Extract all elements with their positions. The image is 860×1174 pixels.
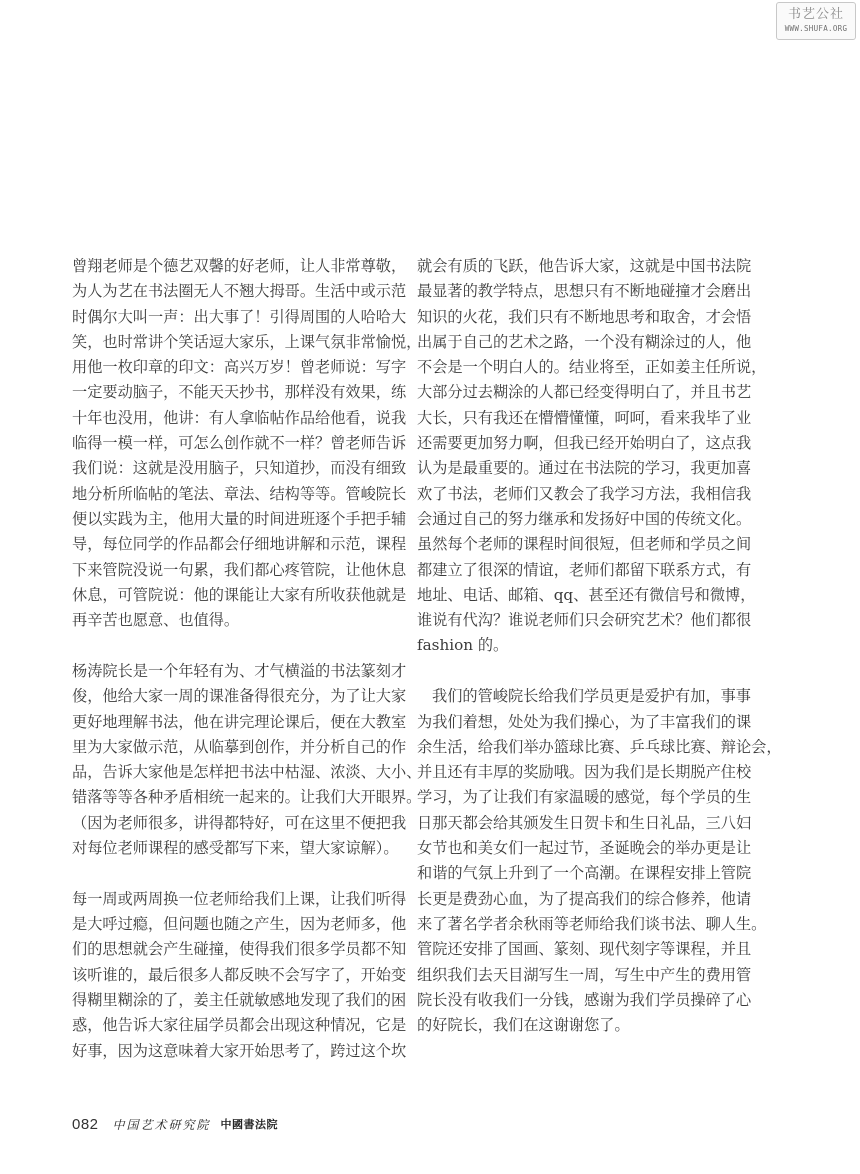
text-line: 学习，为了让我们有家温暖的感觉，每个学员的生 bbox=[417, 785, 713, 810]
text-line: 出属于自己的艺术之路，一个没有糊涂过的人，他 bbox=[417, 330, 713, 355]
text-line: 不会是一个明白人的。结业将至，正如姜主任所说， bbox=[417, 355, 713, 380]
text-line: 该听谁的，最后很多人都反映不会写字了，开始变 bbox=[72, 963, 368, 988]
text-line: 导，每位同学的作品都会仔细地讲解和示范，课程 bbox=[72, 532, 368, 557]
section-name: 中國書法院 bbox=[221, 1116, 279, 1132]
text-line: 大部分过去糊涂的人都已经变得明白了，并且书艺 bbox=[417, 380, 713, 405]
text-line: 谁说有代沟？谁说老师们只会研究艺术？他们都很 bbox=[417, 608, 713, 633]
text-line: 便以实践为主，他用大量的时间进班逐个手把手辅 bbox=[72, 507, 368, 532]
watermark-title: 书艺公社 bbox=[777, 6, 855, 24]
paragraph: 杨涛院长是一个年轻有为、才气横溢的书法篆刻才俊，他给大家一周的课准备得很充分，为… bbox=[72, 659, 368, 861]
text-line: 们的思想就会产生碰撞，使得我们很多学员都不知 bbox=[72, 937, 368, 962]
text-line: 并且还有丰厚的奖励哦。因为我们是长期脱产住校 bbox=[417, 760, 713, 785]
page-number: 082 bbox=[72, 1116, 99, 1133]
text-line: 用他一枚印章的印文：高兴万岁！曾老师说：写字 bbox=[72, 355, 368, 380]
text-line: 一定要动脑子，不能天天抄书，那样没有效果，练 bbox=[72, 380, 368, 405]
paragraph: 我们的管峻院长给我们学员更是爱护有加，事事为我们着想，处处为我们操心，为了丰富我… bbox=[417, 684, 713, 1038]
text-line: 虽然每个老师的课程时间很短，但老师和学员之间 bbox=[417, 532, 713, 557]
text-line: 曾翔老师是个德艺双馨的好老师，让人非常尊敬， bbox=[72, 254, 368, 279]
text-line: 地址、电话、邮箱、qq、甚至还有微信号和微博， bbox=[417, 583, 713, 608]
text-line: 错落等等各种矛盾相统一起来的。让我们大开眼界。 bbox=[72, 785, 368, 810]
text-line: 还需要更加努力啊，但我已经开始明白了，这点我 bbox=[417, 431, 713, 456]
text-line: 会通过自己的努力继承和发扬好中国的传统文化。 bbox=[417, 507, 713, 532]
left-column: 曾翔老师是个德艺双馨的好老师，让人非常尊敬，为人为艺在书法圈无人不翘大拇哥。生活… bbox=[72, 254, 368, 1089]
watermark-logo: 书艺公社 WWW.SHUFA.ORG bbox=[776, 2, 856, 40]
text-line: 好事，因为这意味着大家开始思考了，跨过这个坎 bbox=[72, 1039, 368, 1064]
text-line: 为我们着想，处处为我们操心，为了丰富我们的课 bbox=[417, 710, 713, 735]
text-line: 都建立了很深的情谊，老师们都留下联系方式，有 bbox=[417, 558, 713, 583]
text-line: 大长，只有我还在懵懵懂懂，呵呵，看来我毕了业 bbox=[417, 406, 713, 431]
paragraph: 就会有质的飞跃，他告诉大家，这就是中国书法院最显著的教学特点，思想只有不断地碰撞… bbox=[417, 254, 713, 659]
text-line: 每一周或两周换一位老师给我们上课，让我们听得 bbox=[72, 887, 368, 912]
text-line: 日那天都会给其颁发生日贺卡和生日礼品，三八妇 bbox=[417, 811, 713, 836]
paragraph: 每一周或两周换一位老师给我们上课，让我们听得是大呼过瘾，但问题也随之产生，因为老… bbox=[72, 887, 368, 1064]
text-line: 再辛苦也愿意、也值得。 bbox=[72, 608, 368, 633]
text-line: 为人为艺在书法圈无人不翘大拇哥。生活中或示范 bbox=[72, 279, 368, 304]
text-line: 里为大家做示范，从临摹到创作，并分析自己的作 bbox=[72, 735, 368, 760]
text-line: 地分析所临帖的笔法、章法、结构等等。管峻院长 bbox=[72, 482, 368, 507]
journal-name: 中国艺术研究院 bbox=[113, 1116, 211, 1133]
text-line: 组织我们去天目湖写生一周，写生中产生的费用管 bbox=[417, 963, 713, 988]
text-line: 得糊里糊涂的了，姜主任就敏感地发现了我们的困 bbox=[72, 988, 368, 1013]
text-line: 是大呼过瘾，但问题也随之产生，因为老师多，他 bbox=[72, 912, 368, 937]
text-line: 品，告诉大家他是怎样把书法中枯湿、浓淡、大小、 bbox=[72, 760, 368, 785]
text-line: （因为老师很多，讲得都特好，可在这里不便把我 bbox=[72, 811, 368, 836]
text-line: 欢了书法，老师们又教会了我学习方法，我相信我 bbox=[417, 482, 713, 507]
text-line: 惑，他告诉大家往届学员都会出现这种情况，它是 bbox=[72, 1013, 368, 1038]
text-line: 的好院长，我们在这谢谢您了。 bbox=[417, 1013, 713, 1038]
text-line: 杨涛院长是一个年轻有为、才气横溢的书法篆刻才 bbox=[72, 659, 368, 684]
text-line: 最显著的教学特点，思想只有不断地碰撞才会磨出 bbox=[417, 279, 713, 304]
text-line: 我们说：这就是没用脑子，只知道抄，而没有细致 bbox=[72, 456, 368, 481]
page-footer: 082 中国艺术研究院 中國書法院 bbox=[72, 1112, 278, 1136]
text-line: 十年也没用，他讲：有人拿临帖作品给他看，说我 bbox=[72, 406, 368, 431]
text-line: 长更是费劲心血，为了提高我们的综合修养，他请 bbox=[417, 887, 713, 912]
text-line: 认为是最重要的。通过在书法院的学习，我更加喜 bbox=[417, 456, 713, 481]
text-line: 下来管院没说一句累，我们都心疼管院，让他休息 bbox=[72, 558, 368, 583]
text-line: 休息，可管院说：他的课能让大家有所收获他就是 bbox=[72, 583, 368, 608]
text-line: 俊，他给大家一周的课准备得很充分，为了让大家 bbox=[72, 684, 368, 709]
text-line: 和谐的气氛上升到了一个高潮。在课程安排上管院 bbox=[417, 861, 713, 886]
text-line: 我们的管峻院长给我们学员更是爱护有加，事事 bbox=[417, 684, 713, 709]
right-column: 就会有质的飞跃，他告诉大家，这就是中国书法院最显著的教学特点，思想只有不断地碰撞… bbox=[417, 254, 713, 1064]
text-line: 来了著名学者余秋雨等老师给我们谈书法、聊人生。 bbox=[417, 912, 713, 937]
text-line: 院长没有收我们一分钱，感谢为我们学员操碎了心 bbox=[417, 988, 713, 1013]
text-line: 管院还安排了国画、篆刻、现代刻字等课程，并且 bbox=[417, 937, 713, 962]
watermark-url: WWW.SHUFA.ORG bbox=[777, 24, 855, 34]
text-line: fashion 的。 bbox=[417, 633, 713, 658]
text-line: 更好地理解书法，他在讲完理论课后，便在大教室 bbox=[72, 710, 368, 735]
text-line: 临得一模一样，可怎么创作就不一样？曾老师告诉 bbox=[72, 431, 368, 456]
text-line: 就会有质的飞跃，他告诉大家，这就是中国书法院 bbox=[417, 254, 713, 279]
text-line: 笑，也时常讲个笑话逗大家乐，上课气氛非常愉悦， bbox=[72, 330, 368, 355]
text-line: 时偶尔大叫一声：出大事了！引得周围的人哈哈大 bbox=[72, 305, 368, 330]
paragraph: 曾翔老师是个德艺双馨的好老师，让人非常尊敬，为人为艺在书法圈无人不翘大拇哥。生活… bbox=[72, 254, 368, 633]
text-line: 知识的火花，我们只有不断地思考和取舍，才会悟 bbox=[417, 305, 713, 330]
text-line: 余生活，给我们举办篮球比赛、乒乓球比赛、辩论会， bbox=[417, 735, 713, 760]
text-line: 女节也和美女们一起过节，圣诞晚会的举办更是让 bbox=[417, 836, 713, 861]
text-line: 对每位老师课程的感受都写下来，望大家谅解）。 bbox=[72, 836, 368, 861]
